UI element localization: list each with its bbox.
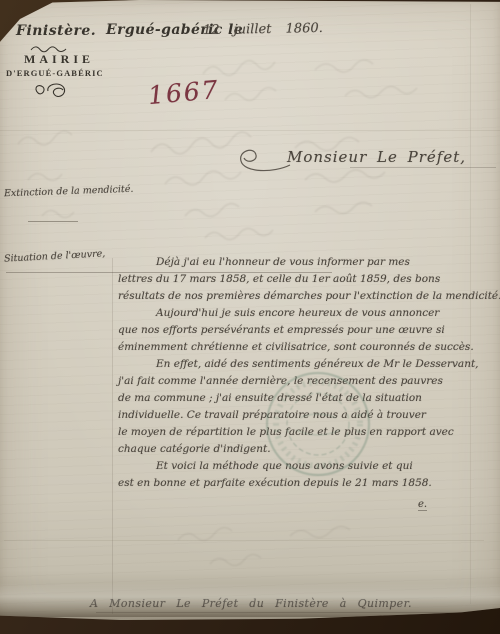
bleedthrough-texture (170, 520, 430, 576)
salutation-rule (350, 167, 496, 168)
crease-line (112, 258, 113, 614)
letterhead-flourish-icon (30, 82, 76, 102)
dateline-date: 12 juillet 1860. (203, 21, 323, 38)
catchword: e. (418, 499, 427, 511)
mairie-stamp (262, 368, 374, 480)
mairie-label: MAIRIE (24, 52, 94, 67)
salutation-flourish-icon (236, 142, 294, 176)
salutation: Monsieur Le Préfet, (287, 148, 466, 166)
bleedthrough-texture (195, 52, 485, 124)
body-line: que nos efforts persévérants et empressé… (118, 322, 498, 339)
body-line: Déjà j'ai eu l'honneur de vous informer … (118, 254, 498, 271)
body-line: résultats de nos premières démarches pou… (118, 288, 498, 305)
department-label: Finistère. (16, 23, 96, 39)
registry-number: 1667 (147, 75, 221, 110)
crease-line (4, 540, 484, 541)
bleedthrough-texture (145, 128, 485, 246)
paper-curl-shadow (0, 583, 500, 617)
paper-sheet: Finistère. MAIRIE D'ERGUÉ-GABÉRIC Ergué-… (0, 0, 500, 634)
margin-note-underline (28, 221, 78, 222)
body-line: éminemment chrétienne et civilisatrice, … (118, 339, 498, 356)
photo-backdrop: Finistère. MAIRIE D'ERGUÉ-GABÉRIC Ergué-… (0, 0, 500, 634)
body-line: Aujourd'hui je suis encore heureux de vo… (118, 305, 498, 322)
bleedthrough-texture (8, 118, 128, 238)
commune-label: D'ERGUÉ-GABÉRIC (6, 68, 104, 78)
crease-line (0, 130, 500, 131)
body-line: lettres du 17 mars 1858, et celle du 1er… (118, 271, 498, 288)
